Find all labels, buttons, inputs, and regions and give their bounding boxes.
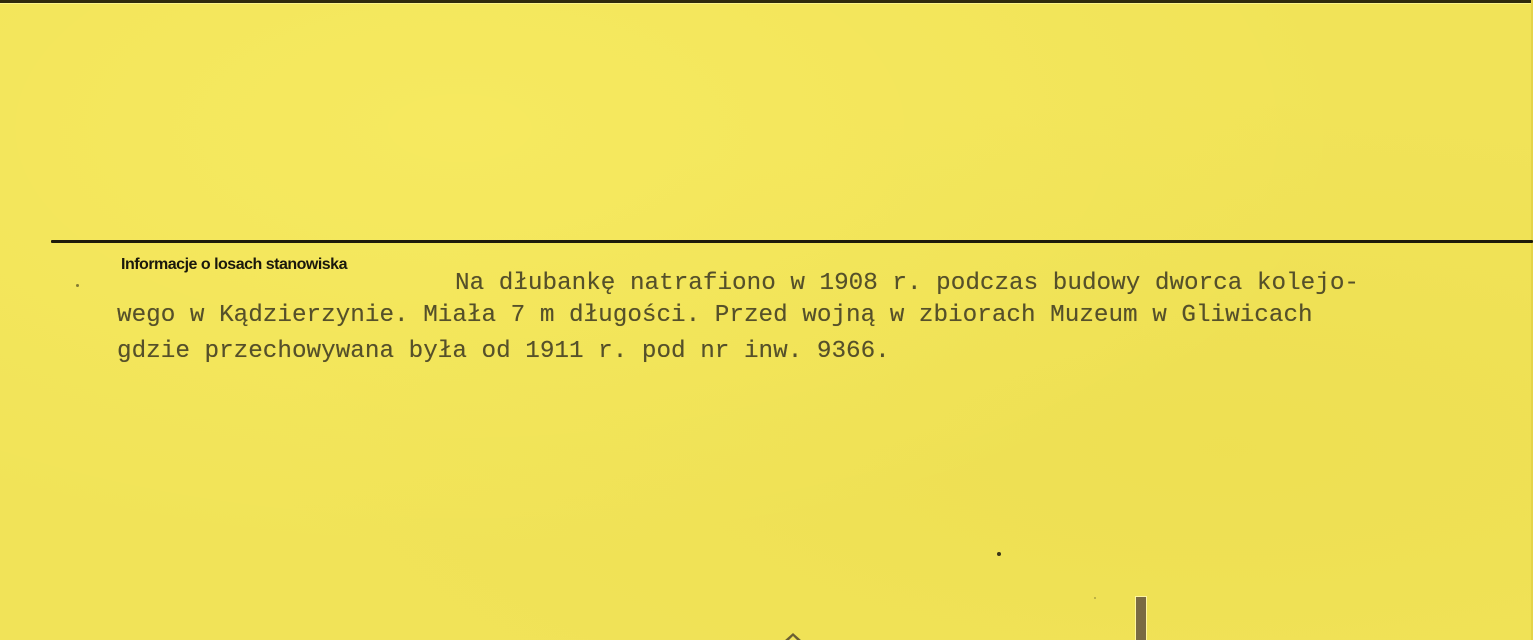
typed-text-line-3: gdzie przechowywana była od 1911 r. pod … [117,336,890,368]
typed-text-line-1: Na dłubankę natrafiono w 1908 r. podczas… [455,268,1359,300]
section-divider-rule [51,240,1533,243]
card-top-highlight [0,3,1533,4]
section-heading-site-history: Informacje o losach stanowiska [121,256,347,274]
typed-text-line-2: wego w Kądzierzynie. Miała 7 m długości.… [117,300,1313,332]
vertical-marker-bar [1136,597,1146,640]
up-arrow-tip-icon [784,633,802,640]
archive-record-card: Informacje o losach stanowiska Na dłuban… [0,0,1533,640]
paper-speck [1094,597,1096,599]
paper-speck [997,552,1001,556]
paper-speck [76,284,79,287]
